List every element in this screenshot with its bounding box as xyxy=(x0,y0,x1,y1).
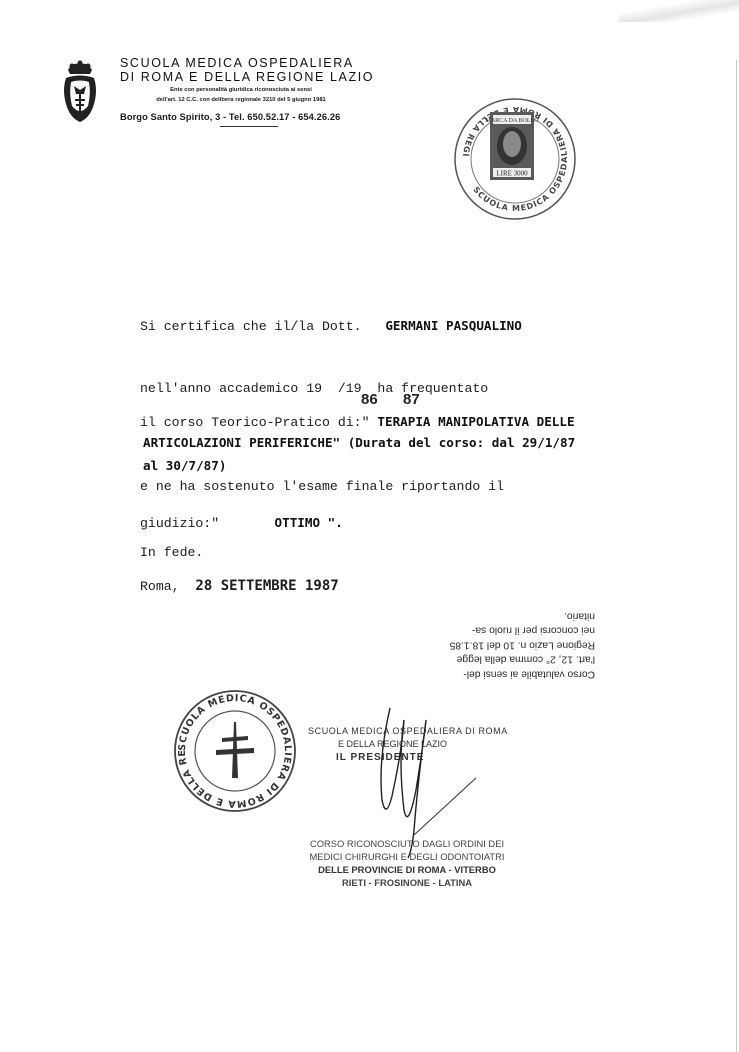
validity-line: Corso valutabile ai sensi del- xyxy=(420,666,595,681)
course-line: il corso Teorico-Pratico di:" TERAPIA MA… xyxy=(140,414,575,430)
recognition-line: MEDICI CHIRURGHI E DEGLI ODONTOIATRI xyxy=(276,850,538,863)
coat-of-arms-icon xyxy=(60,60,100,126)
letterhead: SCUOLA MEDICA OSPEDALIERA DI ROMA E DELL… xyxy=(120,56,380,127)
address-underline xyxy=(220,126,278,127)
course-dates-end: al 30/7/87) xyxy=(143,458,226,473)
judgement-value: OTTIMO ". xyxy=(275,515,343,530)
legal-status-line1: Ente con personalità giuridica riconosci… xyxy=(120,87,362,94)
validity-line: nitario. xyxy=(420,608,595,623)
validity-line: Regione Lazio n. 10 del 18.1.85 xyxy=(420,637,595,652)
judgement-line: giudizio:" OTTIMO ". xyxy=(140,515,343,531)
institution-name-line2: DI ROMA E DELLA REGIONE LAZIO xyxy=(120,70,380,84)
page-corner-fold xyxy=(619,0,739,22)
recognition-stamp: CORSO RICONOSCIUTO DAGLI ORDINI DEI MEDI… xyxy=(276,837,538,889)
recognition-line: RIETI - FROSINONE - LATINA xyxy=(276,876,538,889)
certify-line: Si certifica che il/la Dott. GERMANI PAS… xyxy=(140,318,522,334)
course-title-part2: ARTICOLAZIONI PERIFERICHE" (Durata del c… xyxy=(143,435,575,450)
recognition-line: DELLE PROVINCIE DI ROMA - VITERBO xyxy=(276,863,538,876)
page-edge xyxy=(736,60,737,1052)
academic-year-line: nell'anno accademico 19 /19 ha frequenta… xyxy=(140,381,488,396)
president-signature xyxy=(368,700,478,860)
validity-stamp: Corso valutabile ai sensi del- l'art. 12… xyxy=(420,608,595,681)
validity-line: nei concorsi per il ruolo sa- xyxy=(420,623,595,638)
exam-line: e ne ha sostenuto l'esame finale riporta… xyxy=(140,479,504,494)
revenue-stamp: SCUOLA MEDICA OSPEDALIERA DI ROMA E DELL… xyxy=(452,96,578,222)
recipient-name: GERMANI PASQUALINO xyxy=(385,318,521,333)
issue-date: 28 SETTEMBRE 1987 xyxy=(195,578,338,594)
institution-round-seal: SCUOLA MEDICA OSPEDALIERA DI ROMA E DELL… xyxy=(172,688,298,814)
institution-name-line1: SCUOLA MEDICA OSPEDALIERA xyxy=(120,56,380,70)
institution-address: Borgo Santo Spirito, 3 - Tel. 650.52.17 … xyxy=(120,112,380,122)
svg-text:LIRE 3000: LIRE 3000 xyxy=(496,170,528,178)
legal-status-line2: dell'art. 12 C.C. con delibera regionale… xyxy=(120,97,362,104)
course-prefix: il corso Teorico-Pratico di:" xyxy=(140,415,370,430)
place-date-line: Roma, 28 SETTEMBRE 1987 xyxy=(140,578,339,594)
place: Roma, xyxy=(140,579,180,594)
validity-line: l'art. 12, 2° comma della legge xyxy=(420,652,595,667)
svg-text:MARCA DA BOLLO: MARCA DA BOLLO xyxy=(485,118,539,124)
judgement-label: giudizio:" xyxy=(140,516,219,531)
closing-line: In fede. xyxy=(140,545,203,560)
double-cross-icon xyxy=(216,722,254,778)
course-title-part1: TERAPIA MANIPOLATIVA DELLE xyxy=(377,414,574,429)
year-start: 86 xyxy=(361,391,378,408)
year-end: 87 xyxy=(403,391,420,408)
recognition-line: CORSO RICONOSCIUTO DAGLI ORDINI DEI xyxy=(276,837,538,850)
certify-prefix: Si certifica che il/la Dott. xyxy=(140,319,362,334)
